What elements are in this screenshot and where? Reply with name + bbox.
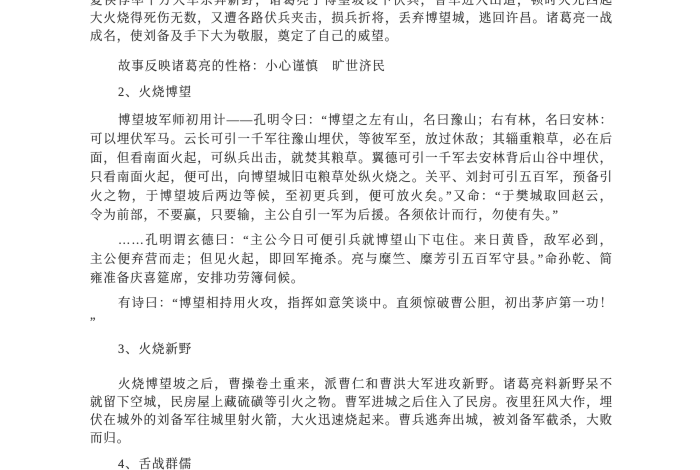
text-line: 故事反映诸葛亮的性格：小心谨慎 旷世济民 [90, 57, 613, 75]
document-page: 夏侯惇率十万大军杀奔新野，诸葛亮于博望坡设下伏兵，曹军进入山道，顿时火光四起大火… [0, 0, 700, 470]
section-heading: 3、火烧新野 [90, 340, 613, 358]
paragraph: 故事反映诸葛亮的性格：小心谨慎 旷世济民 [90, 57, 613, 75]
text-line: 伏在城外的刘备军往城里射火箭，大火迅速烧起来。曹兵逃奔出城，被刘备军截杀，大败 [90, 411, 613, 429]
text-line: 面，但看南面火起，可纵兵出击，就焚其粮草。翼德可引一千军去安林背后山谷中埋伏， [90, 149, 613, 168]
section-heading: 2、火烧博望 [90, 83, 613, 101]
text-line: 博望坡军师初用计——孔明令曰：“博望之左有山，名曰豫山；右有林，名曰安林： [90, 111, 613, 130]
paragraph: 火烧博望坡之后，曹操卷土重来，派曹仁和曹洪大军进攻新野。诸葛亮料新野呆不了，就留… [90, 375, 613, 447]
text-line: 令为前部，不要赢，只要输，主公自引一军为后援。各须依计而行，勿使有失。” [90, 206, 613, 225]
text-line: ” [90, 313, 613, 332]
text-line: 可以埋伏军马。云长可引一千军往豫山埋伏，等彼军至，放过休敌；其辎重粮草，必在后 [90, 130, 613, 149]
text-line: 2、火烧博望 [90, 83, 613, 101]
text-line: 有诗曰：“博望相持用火攻，指挥如意笑谈中。直须惊破曹公胆，初出茅庐第一功！ [90, 294, 613, 313]
text-line: 夏侯惇率十万大军杀奔新野，诸葛亮于博望坡设下伏兵，曹军进入山道，顿时火光四起 [90, 0, 613, 9]
text-line: 火烧博望坡之后，曹操卷土重来，派曹仁和曹洪大军进攻新野。诸葛亮料新野呆不了， [90, 375, 613, 393]
text-line: 只看南面火起，便可出，向博望城旧屯粮草处纵火烧之。关平、刘封可引五百军，预备引 [90, 168, 613, 187]
section-heading: 4、舌战群儒 [90, 455, 613, 470]
paragraph: 博望坡军师初用计——孔明令曰：“博望之左有山，名曰豫山；右有林，名曰安林：可以埋… [90, 111, 613, 225]
text-line: 就留下空城，民房屋上藏硫磺等引火之物。曹军进城之后住入了民房。夜里狂风大作，埋 [90, 393, 613, 411]
paragraph: ……孔明谓玄德曰：“主公今日可便引兵就博望山下屯住。来日黄昏，敌军必到，主公便弃… [90, 231, 613, 288]
document-text: 夏侯惇率十万大军杀奔新野，诸葛亮于博望坡设下伏兵，曹军进入山道，顿时火光四起大火… [90, 0, 613, 470]
text-line: 而归。 [90, 429, 613, 447]
text-line: 大火烧得死伤无数，又遭各路伏兵夹击，损兵折将，丢弃博望城，逃回许昌。诸葛亮一战 [90, 9, 613, 27]
text-line: 主公便弃营而走；但见火起，即回军掩杀。亮与糜竺、糜芳引五百军守县。”命孙乾、简 [90, 250, 613, 269]
text-line: 3、火烧新野 [90, 340, 613, 358]
text-line: 火之物，于博望坡后两边等候，至初更兵到，便可放火矣。”又命：“于樊城取回赵云， [90, 187, 613, 206]
paragraph-continuation: 夏侯惇率十万大军杀奔新野，诸葛亮于博望坡设下伏兵，曹军进入山道，顿时火光四起大火… [90, 0, 613, 45]
text-line: 雍准备庆喜筵席，安排功劳簿伺候。 [90, 269, 613, 288]
text-line: ……孔明谓玄德曰：“主公今日可便引兵就博望山下屯住。来日黄昏，敌军必到， [90, 231, 613, 250]
text-line: 成名，使刘备及手下大为敬服，奠定了自己的威望。 [90, 27, 613, 45]
text-line: 4、舌战群儒 [90, 455, 613, 470]
paragraph: 有诗曰：“博望相持用火攻，指挥如意笑谈中。直须惊破曹公胆，初出茅庐第一功！” [90, 294, 613, 332]
